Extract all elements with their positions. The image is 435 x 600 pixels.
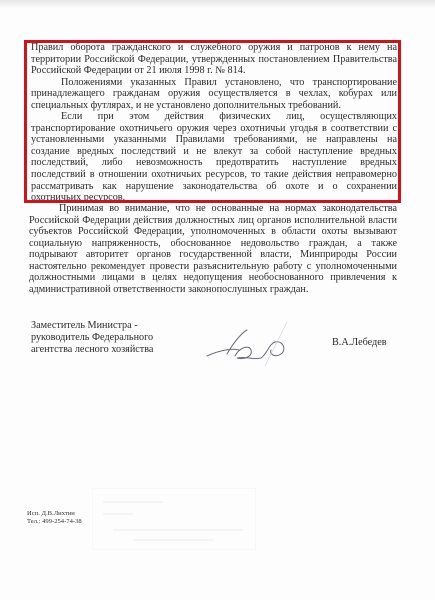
signer-position-line: руководитель Федерального — [31, 332, 153, 344]
signer-position-line: Заместитель Министра - — [31, 320, 153, 332]
paragraph-recommendation: Принимая во внимание, что не основанные … — [29, 203, 397, 295]
executor-name: Исп. Д.В.Лихтин — [27, 510, 82, 518]
red-highlight-frame — [24, 40, 401, 203]
signer-position: Заместитель Министра - руководитель Феде… — [31, 320, 153, 355]
handwritten-signature-icon — [205, 320, 315, 370]
signer-position-line: агентства лесного хозяйства — [31, 344, 153, 356]
executor-info: Исп. Д.В.Лихтин Тел.: 499-254-74-38 — [27, 510, 82, 526]
document-page: Правил оборота гражданского и служебного… — [0, 0, 435, 600]
executor-phone: Тел.: 499-254-74-38 — [27, 518, 82, 526]
page-top-edge — [0, 0, 435, 8]
signer-name: В.А.Лебедев — [332, 337, 387, 348]
stamp-bleed-through — [92, 488, 256, 550]
body-text: Принимая во внимание, что не основанные … — [29, 203, 397, 295]
